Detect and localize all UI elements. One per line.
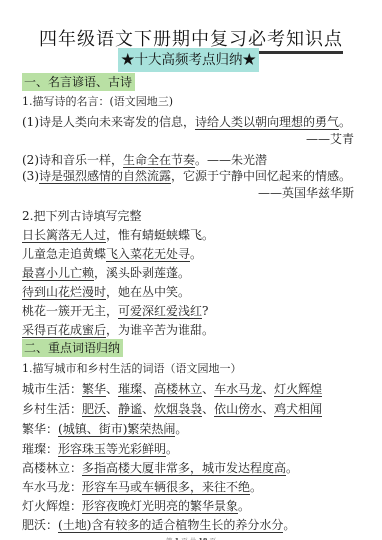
poem-end: ? <box>202 304 208 318</box>
definition-line: 车水马龙：形容车马或车辆很多，来往不绝。 <box>22 479 262 495</box>
sep: 、 <box>106 402 118 416</box>
definition-line: 肥沃：(土地)含有较多的适合植物生长的养分水分。 <box>22 517 295 533</box>
word: 高楼林立 <box>154 382 202 397</box>
def-end: 。 <box>175 422 187 436</box>
definition-line: 灯火辉煌：形容夜晚灯光明亮的繁华景象。 <box>22 498 250 514</box>
subtitle-banner: ★十大高频考点归纳★ <box>118 48 259 72</box>
quote-end: ，它源于宁静中回忆起来的情感。 <box>171 169 351 183</box>
poem-answer: 飞入菜花无处寻 <box>106 247 190 262</box>
sep: 、 <box>202 382 214 396</box>
def-end: 。 <box>238 499 250 513</box>
def-term: 灯火辉煌： <box>22 499 82 513</box>
poem-text: 儿童急走追黄蝶 <box>22 247 106 261</box>
poem-answer: 采得百花成蜜后 <box>22 323 106 338</box>
poem-answer: 待到山花烂漫时 <box>22 285 106 300</box>
country-words-line: 乡村生活：肥沃、静谧、炊烟袅袅、依山傍水、鸡犬相闻 <box>22 401 322 417</box>
quote-end: 。 <box>339 115 351 129</box>
quote-end: 。——朱光潜 <box>195 153 267 167</box>
def-term: 璀璨： <box>22 442 58 456</box>
quote-text: (3) <box>22 169 39 183</box>
quote-text: (2)诗和音乐一样， <box>22 153 123 167</box>
poem-answer: 最喜小儿亡赖 <box>22 266 94 281</box>
def-text: 多指高楼大厦非常多，城市发达程度高 <box>82 461 286 476</box>
question-1: 1.描写诗的名言：(语文园地三) <box>22 94 173 110</box>
poem-line: 待到山花烂漫时，她在丛中笑。 <box>22 284 190 300</box>
quote-3: (3)诗是强烈感情的自然流露，它源于宁静中回忆起来的情感。 <box>22 168 351 184</box>
poem-line: 采得百花成蜜后，为谁辛苦为谁甜。 <box>22 322 214 338</box>
def-end: 。 <box>250 480 262 494</box>
quote-underline: 诗给人类以朝向理想的勇气 <box>195 115 339 130</box>
def-term: 肥沃： <box>22 518 58 532</box>
title-plain: 四年级语文下册 <box>39 29 172 50</box>
definition-line: 璀璨：形容珠玉等光彩鲜明。 <box>22 441 178 457</box>
poem-line: 日长篱落无人过，惟有蜻蜓蛱蝶飞。 <box>22 227 214 243</box>
sep: 、 <box>142 402 154 416</box>
def-text: (城镇、街市)繁荣热闹 <box>58 422 175 437</box>
sep: 、 <box>262 382 274 396</box>
quote-underline: 诗是强烈感情的自然流露 <box>39 169 171 184</box>
word: 静谧 <box>118 402 142 417</box>
question-2: 2.把下列古诗填写完整 <box>22 208 141 224</box>
poem-answer: 日长篱落无人过 <box>22 228 106 243</box>
poem-answer: 可爱深红爱浅红 <box>118 304 202 319</box>
word: 鸡犬相闻 <box>274 402 322 417</box>
question-s2-1: 1.描写城市和乡村生活的词语（语文园地一） <box>22 361 242 377</box>
quote-underline: 生命全在节奏 <box>123 153 195 168</box>
sep: 、 <box>202 402 214 416</box>
page-footer: 第 1 页 共 18 页 <box>0 536 382 540</box>
section-heading-1: 一、名言谚语、古诗 <box>22 73 135 91</box>
section-heading-2: 二、重点词语归纳 <box>22 339 123 357</box>
def-term: 车水马龙： <box>22 480 82 494</box>
def-end: 。 <box>286 461 298 475</box>
definition-line: 繁华：(城镇、街市)繁荣热闹。 <box>22 421 187 437</box>
city-words-line: 城市生活：繁华、璀璨、高楼林立、车水马龙、灯火辉煌 <box>22 381 322 397</box>
def-text: 形容夜晚灯光明亮的繁华景象 <box>82 499 238 514</box>
word: 肥沃 <box>82 402 106 417</box>
city-label: 城市生活： <box>22 382 82 396</box>
def-term: 高楼林立： <box>22 461 82 475</box>
word: 车水马龙 <box>214 382 262 397</box>
poem-end: 。 <box>190 247 202 261</box>
sep: 、 <box>262 402 274 416</box>
quote-text: (1)诗是人类向未来寄发的信息， <box>22 115 195 129</box>
poem-line: 桃花一簇开无主，可爱深红爱浅红? <box>22 303 208 319</box>
def-text: (土地)含有较多的适合植物生长的养分水分 <box>58 518 283 533</box>
def-term: 繁华： <box>22 422 58 436</box>
poem-line: 最喜小儿亡赖，溪头卧剥莲蓬。 <box>22 265 190 281</box>
word: 璀璨 <box>118 382 142 397</box>
poem-line: 儿童急走追黄蝶飞入菜花无处寻。 <box>22 246 202 262</box>
def-end: 。 <box>283 518 295 532</box>
poem-text: 桃花一簇开无主， <box>22 304 118 318</box>
poem-text: ，惟有蜻蜓蛱蝶飞。 <box>106 228 214 242</box>
word: 灯火辉煌 <box>274 382 322 397</box>
poem-text: ，溪头卧剥莲蓬。 <box>94 266 190 280</box>
word: 繁华 <box>82 382 106 397</box>
poem-text: ，她在丛中笑。 <box>106 285 190 299</box>
def-text: 形容珠玉等光彩鲜明 <box>58 442 166 457</box>
def-end: 。 <box>166 442 178 456</box>
sep: 、 <box>106 382 118 396</box>
country-label: 乡村生活： <box>22 402 82 416</box>
word: 依山傍水 <box>214 402 262 417</box>
quote-2: (2)诗和音乐一样，生命全在节奏。——朱光潜 <box>22 152 267 168</box>
document-page: 四年级语文下册期中复习必考知识点 ★十大高频考点归纳★ 一、名言谚语、古诗 1.… <box>0 0 382 540</box>
def-text: 形容车马或车辆很多，来往不绝 <box>82 480 250 495</box>
word: 炊烟袅袅 <box>154 402 202 417</box>
quote-3-author: ——英国华兹华斯 <box>258 185 354 201</box>
poem-text: ，为谁辛苦为谁甜。 <box>106 323 214 337</box>
quote-1: (1)诗是人类向未来寄发的信息，诗给人类以朝向理想的勇气。 <box>22 114 351 130</box>
definition-line: 高楼林立：多指高楼大厦非常多，城市发达程度高。 <box>22 460 298 476</box>
sep: 、 <box>142 382 154 396</box>
quote-1-author: ——艾青 <box>306 131 354 147</box>
